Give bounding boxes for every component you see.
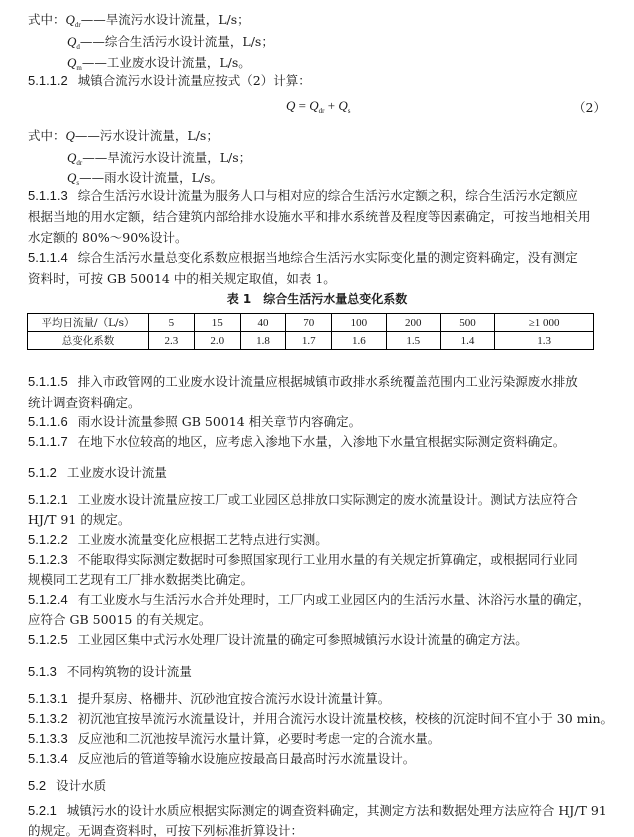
clause-5-1-3-1: 5.1.3.1提升泵房、格栅井、沉砂池宜按合流污水设计流量计算。 <box>28 691 390 707</box>
clause-5-1-3-4: 5.1.3.4反应池后的管道等输水设施应按最高日最高时污水流量设计。 <box>28 751 415 767</box>
var-desc: ——雨水设计流量，L/s。 <box>79 170 223 185</box>
table-cell: 1.6 <box>332 332 386 350</box>
clause-text: 提升泵房、格栅井、沉砂池宜按合流污水设计流量计算。 <box>78 691 391 706</box>
clause-number: 5.1.2.3 <box>28 552 68 567</box>
var-desc: ——污水设计流量，L/s； <box>75 128 219 143</box>
table-cell: 1.5 <box>386 332 440 350</box>
clause-number: 5.1.1.7 <box>28 434 68 449</box>
table-cell: 2.0 <box>194 332 240 350</box>
clause-5-1-2-3: 5.1.2.3不能取得实际测定数据时可参照国家现行工业用水量的有关规定折算确定，… <box>28 552 578 568</box>
section-number: 5.2 <box>28 778 46 793</box>
clause-5-1-2-5: 5.1.2.5工业园区集中式污水处理厂设计流量的确定可参照城镇污水设计流量的确定… <box>28 632 528 648</box>
table-cell: ≥1 000 <box>495 314 594 332</box>
clause-5-1-2-2: 5.1.2.2工业废水流量变化应根据工艺特点进行实测。 <box>28 532 328 548</box>
clause-text: 工业废水流量变化应根据工艺特点进行实测。 <box>78 532 328 547</box>
clause-text: 反应池后的管道等输水设施应按最高日最高时污水流量设计。 <box>78 751 416 766</box>
var-def-qdr-2: Qdr——旱流污水设计流量，L/s； <box>67 150 251 171</box>
clause-number: 5.1.1.5 <box>28 374 68 389</box>
clause-5-1-1-4-line2: 资料时，可按 GB 50014 中的相关规定取值，如表 1。 <box>28 271 336 287</box>
symbol: Q <box>67 150 76 165</box>
symbol: Q <box>67 34 76 49</box>
clause-number: 5.1.1.4 <box>28 250 68 265</box>
var-desc: ——工业废水设计流量，L/s。 <box>82 55 251 70</box>
section-title: 设计水质 <box>56 778 106 793</box>
var-def-qdr: 式中：Qdr——旱流污水设计流量，L/s； <box>28 12 250 33</box>
symbol: Q <box>309 98 318 113</box>
clause-number: 5.1.3.3 <box>28 731 68 746</box>
table-cell: 1.4 <box>440 332 494 350</box>
clause-5-1-2-4: 5.1.2.4有工业废水与生活污水合并处理时，工厂内或工业园区内的生活污水量、沐… <box>28 592 590 608</box>
table-header-cell: 平均日流量/（L/s） <box>28 314 149 332</box>
symbol: Q <box>67 55 76 70</box>
clause-text: 城镇合流污水设计流量应按式（2）计算： <box>78 73 311 88</box>
var-prefix: 式中： <box>28 128 66 143</box>
table-cell: 15 <box>194 314 240 332</box>
symbol: Q <box>67 170 76 185</box>
clause-5-2-1: 5.2.1城镇污水的设计水质应根据实际测定的调查资料确定，其测定方法和数据处理方… <box>28 803 607 819</box>
table-cell: 5 <box>149 314 195 332</box>
clause-5-1-2-3-line2: 规模同工艺现有工厂排水数据类比确定。 <box>28 572 253 588</box>
clause-5-1-2-4-line2: 应符合 GB 50015 的有关规定。 <box>28 612 211 628</box>
clause-text: 综合生活污水量总变化系数应根据当地综合生活污水实际变化量的测定资料确定，没有测定 <box>78 250 578 265</box>
var-desc: ——旱流污水设计流量，L/s； <box>81 12 250 27</box>
table-cell: 100 <box>332 314 386 332</box>
table-cell: 70 <box>286 314 332 332</box>
table-cell: 1.7 <box>286 332 332 350</box>
clause-5-1-3-2: 5.1.3.2初沉池宜按旱流污水流量设计，并用合流污水设计流量校核，校核的沉淀时… <box>28 711 613 727</box>
clause-number: 5.1.1.6 <box>28 414 68 429</box>
formula-2: Q = Qdr + Qs <box>286 98 350 115</box>
clause-number: 5.1.1.2 <box>28 73 68 88</box>
var-prefix: 式中： <box>28 12 66 27</box>
clause-text: 城镇污水的设计水质应根据实际测定的调查资料确定，其测定方法和数据处理方法应符合 … <box>67 803 607 818</box>
clause-number: 5.1.2.5 <box>28 632 68 647</box>
table-cell: 1.8 <box>240 332 286 350</box>
symbol: Q <box>66 12 75 27</box>
clause-number: 5.1.2.2 <box>28 532 68 547</box>
clause-text: 工业园区集中式污水处理厂设计流量的确定可参照城镇污水设计流量的确定方法。 <box>78 632 528 647</box>
clause-text: 在地下水位较高的地区，应考虑入渗地下水量，入渗地下水量宜根据实际测定资料确定。 <box>78 434 566 449</box>
var-def-q: 式中：Q——污水设计流量，L/s； <box>28 128 219 144</box>
symbol: Q <box>338 98 347 113</box>
subscript: s <box>348 107 351 115</box>
table-row: 平均日流量/（L/s） 5 15 40 70 100 200 500 ≥1 00… <box>28 314 594 332</box>
operator: = <box>295 98 309 113</box>
table-caption: 表 1 综合生活污水量总变化系数 <box>0 290 634 307</box>
clause-text: 排入市政管网的工业废水设计流量应根据城镇市政排水系统覆盖范围内工业污染源废水排放 <box>78 374 578 389</box>
clause-5-1-1-3: 5.1.1.3综合生活污水设计流量为服务人口与相对应的综合生活污水定额之积，综合… <box>28 188 578 204</box>
clause-5-1-1-6: 5.1.1.6雨水设计流量参照 GB 50014 相关章节内容确定。 <box>28 414 361 430</box>
clause-5-1-1-5: 5.1.1.5排入市政管网的工业废水设计流量应根据城镇市政排水系统覆盖范围内工业… <box>28 374 578 390</box>
clause-5-1-2-1: 5.1.2.1工业废水设计流量应按工厂或工业园区总排放口实际测定的废水流量设计。… <box>28 492 578 508</box>
var-desc: ——综合生活污水设计流量，L/s； <box>80 34 274 49</box>
table-header-cell: 总变化系数 <box>28 332 149 350</box>
clause-text: 不能取得实际测定数据时可参照国家现行工业用水量的有关规定折算确定，或根据同行业同 <box>78 552 578 567</box>
clause-5-1-1-3-line2: 根据当地的用水定额，结合建筑内部给排水设施水平和排水系统普及程度等因素确定，可按… <box>28 209 591 225</box>
clause-text: 工业废水设计流量应按工厂或工业园区总排放口实际测定的废水流量设计。测试方法应符合 <box>78 492 578 507</box>
clause-number: 5.2.1 <box>28 803 57 818</box>
table-cell: 200 <box>386 314 440 332</box>
equation-number: （2） <box>573 98 606 116</box>
section-title: 工业废水设计流量 <box>67 465 167 480</box>
table-cell: 2.3 <box>149 332 195 350</box>
clause-5-1-3-3: 5.1.3.3反应池和二沉池按旱流污水量计算，必要时考虑一定的合流水量。 <box>28 731 440 747</box>
clause-5-1-2-1-line2: HJ/T 91 的规定。 <box>28 512 130 528</box>
clause-5-1-1-7: 5.1.1.7在地下水位较高的地区，应考虑入渗地下水量，入渗地下水量宜根据实际测… <box>28 434 565 450</box>
var-def-qd: Qd——综合生活污水设计流量，L/s； <box>67 34 274 55</box>
clause-text: 综合生活污水设计流量为服务人口与相对应的综合生活污水定额之积，综合生活污水定额应 <box>78 188 578 203</box>
section-title: 不同构筑物的设计流量 <box>67 664 192 679</box>
section-heading-5-1-3: 5.1.3不同构筑物的设计流量 <box>28 662 192 680</box>
symbol: Q <box>66 128 75 143</box>
clause-number: 5.1.2.4 <box>28 592 68 607</box>
clause-number: 5.1.3.2 <box>28 711 68 726</box>
clause-5-2-1-line2: 的规定。无调查资料时，可按下列标准折算设计： <box>28 823 303 837</box>
section-heading-5-1-2: 5.1.2工业废水设计流量 <box>28 463 167 481</box>
section-number: 5.1.3 <box>28 664 57 679</box>
clause-text: 有工业废水与生活污水合并处理时，工厂内或工业园区内的生活污水量、沐浴污水量的确定… <box>78 592 591 607</box>
table-cell: 500 <box>440 314 494 332</box>
var-desc: ——旱流污水设计流量，L/s； <box>82 150 251 165</box>
clause-text: 初沉池宜按旱流污水流量设计，并用合流污水设计流量校核，校核的沉淀时间不宜小于 3… <box>78 711 613 726</box>
clause-text: 反应池和二沉池按旱流污水量计算，必要时考虑一定的合流水量。 <box>78 731 441 746</box>
table-coefficients: 平均日流量/（L/s） 5 15 40 70 100 200 500 ≥1 00… <box>27 313 594 350</box>
clause-5-1-1-5-line2: 统计调查资料确定。 <box>28 395 141 411</box>
clause-5-1-1-4: 5.1.1.4综合生活污水量总变化系数应根据当地综合生活污水实际变化量的测定资料… <box>28 250 578 266</box>
clause-text: 雨水设计流量参照 GB 50014 相关章节内容确定。 <box>78 414 361 429</box>
table-cell: 40 <box>240 314 286 332</box>
clause-number: 5.1.3.4 <box>28 751 68 766</box>
clause-number: 5.1.2.1 <box>28 492 68 507</box>
table-row: 总变化系数 2.3 2.0 1.8 1.7 1.6 1.5 1.4 1.3 <box>28 332 594 350</box>
clause-5-1-1-2: 5.1.1.2城镇合流污水设计流量应按式（2）计算： <box>28 73 311 89</box>
section-heading-5-2: 5.2设计水质 <box>28 776 106 794</box>
symbol: Q <box>286 98 295 113</box>
section-number: 5.1.2 <box>28 465 57 480</box>
operator: + <box>324 98 338 113</box>
clause-number: 5.1.1.3 <box>28 188 68 203</box>
clause-5-1-1-3-line3: 水定额的 80%～90%设计。 <box>28 230 188 246</box>
clause-number: 5.1.3.1 <box>28 691 68 706</box>
table-cell: 1.3 <box>495 332 594 350</box>
